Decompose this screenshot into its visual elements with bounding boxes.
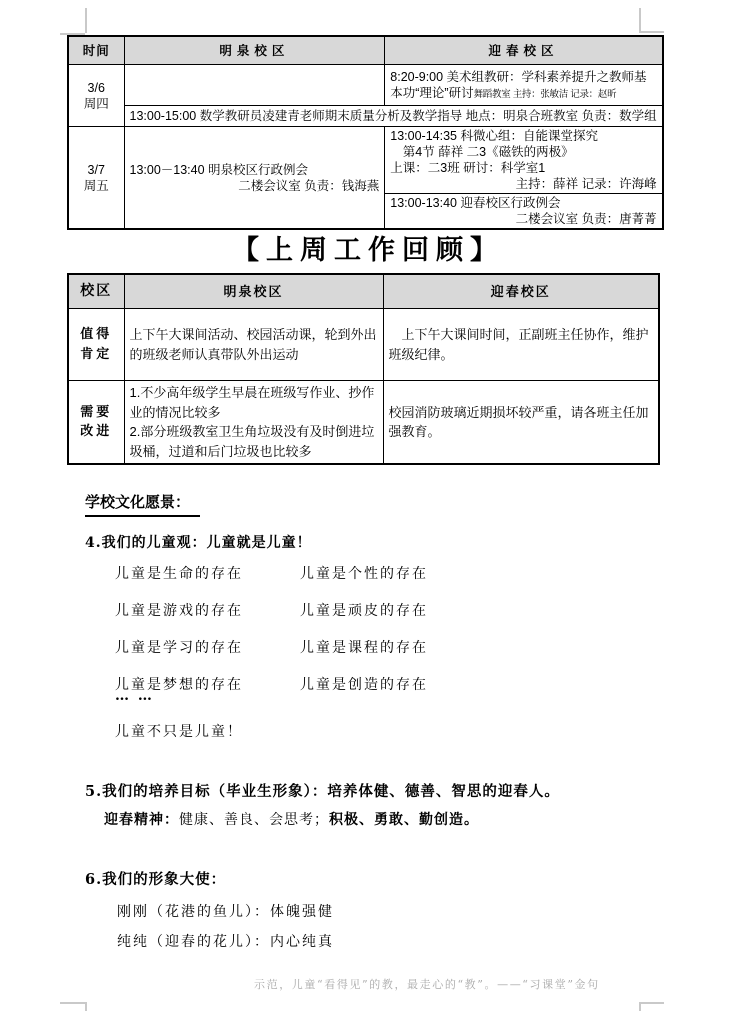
schedule-row-thursday: 3/6 周四 8:20-9:00 美术组教研：学科素养提升之教师基本功“理论”研…	[68, 65, 663, 106]
review-table: 校区 明泉校区 迎春校区 值得 肯定 上下午大课间活动、校园活动课，轮到外出的班…	[67, 273, 660, 465]
date-text: 3/6	[74, 80, 119, 96]
yingchun-meeting-text: 13:00-13:40 迎春校区行政例会	[390, 195, 656, 211]
schedule-col-mingquan: 明泉校区	[124, 36, 385, 65]
schedule-col-time: 时间	[68, 36, 124, 65]
vision-heading: 学校文化愿景：	[85, 491, 200, 517]
positive-yingchun-cell: 上下午大课间时间，正副班主任协作，维护班级纪律。	[383, 309, 659, 381]
science-group-line4: 主持：薛祥 记录：许海峰	[390, 176, 656, 192]
review-row-positive: 值得 肯定 上下午大课间活动、校园活动课，轮到外出的班级老师认真带队外出运动 上…	[68, 309, 659, 381]
review-col-mingquan: 明泉校区	[124, 274, 383, 309]
schedule-col-yingchun: 迎春校区	[385, 36, 663, 65]
improve-mingquan-cell: 1.不少高年级学生早晨在班级写作业、抄作业的情况比较多 2.部分班级教室卫生角垃…	[124, 381, 383, 465]
improve-item-2: 2.部分班级教室卫生角垃圾没有及时倒进垃圾桶，过道和后门垃圾也比较多	[130, 422, 378, 461]
label-text: 肯定	[74, 345, 119, 365]
positive-mingquan-cell: 上下午大课间活动、校园活动课，轮到外出的班级老师认真带队外出运动	[124, 309, 383, 381]
schedule-header-row: 时间 明泉校区 迎春校区	[68, 36, 663, 65]
ellipsis-line: … …	[115, 688, 154, 704]
item5-title: 5.我们的培养目标（毕业生形象）：培养体健、德善、智思的迎春人。	[85, 780, 560, 801]
improve-label-cell: 需要 改进	[68, 381, 124, 465]
list-item: 儿童是游戏的存在	[115, 600, 300, 620]
list-item: 儿童是生命的存在	[115, 563, 300, 583]
ambassador-line-2: 纯纯（迎春的花儿）：内心纯真	[117, 931, 334, 951]
document-page: 时间 明泉校区 迎春校区 3/6 周四 8:20-9:00 美术组教研：学科素养…	[0, 0, 736, 1011]
weekday-text: 周四	[74, 96, 119, 112]
review-row-improve: 需要 改进 1.不少高年级学生早晨在班级写作业、抄作业的情况比较多 2.部分班级…	[68, 381, 659, 465]
yingchun-meeting-location-text: 二楼会议室 负责：唐菁菁	[390, 211, 656, 227]
thursday-date-cell: 3/6 周四	[68, 65, 124, 127]
mingquan-meeting-location-text: 二楼会议室 负责：钱海燕	[130, 178, 380, 194]
spirit-normal-text: 健康、善良、会思考；	[179, 812, 329, 828]
thursday-yingchun-cell: 8:20-9:00 美术组教研：学科素养提升之教师基本功“理论”研讨舞蹈教室 主…	[385, 65, 663, 106]
spirit-label: 迎春精神：	[104, 812, 179, 828]
spirit-line: 迎春精神：健康、善良、会思考；积极、勇敢、勤创造。	[104, 809, 479, 829]
list-item: 儿童是创造的存在	[300, 674, 428, 694]
friday-yingchun-bottom-cell: 13:00-13:40 迎春校区行政例会 二楼会议室 负责：唐菁菁	[385, 194, 663, 230]
science-group-line2: 第4节 薛祥 二3《磁铁的两极》	[390, 144, 656, 160]
list-item: 儿童是顽皮的存在	[300, 600, 428, 620]
mingquan-meeting-text: 13:00－13:40 明泉校区行政例会	[130, 162, 380, 178]
item6-title: 6.我们的形象大使：	[85, 868, 226, 889]
schedule-row-thursday-merged: 13:00-15:00 数学教研员凌建青老师期末质量分析及教学指导 地点：明泉合…	[68, 106, 663, 127]
review-section-title: 【上周工作回顾】	[0, 228, 736, 267]
schedule-table: 时间 明泉校区 迎春校区 3/6 周四 8:20-9:00 美术组教研：学科素养…	[67, 35, 664, 230]
children-closing-line: 儿童不只是儿童！	[115, 721, 243, 741]
thursday-merged-event-cell: 13:00-15:00 数学教研员凌建青老师期末质量分析及教学指导 地点：明泉合…	[124, 106, 663, 127]
thursday-mingquan-cell	[124, 65, 385, 106]
list-item: 儿童是学习的存在	[115, 637, 300, 657]
improve-yingchun-cell: 校园消防玻璃近期损坏较严重，请各班主任加强教育。	[383, 381, 659, 465]
friday-date-cell: 3/7 周五	[68, 127, 124, 230]
footer-quote: 示范，儿童“看得见”的教，最走心的“教”。——“习课堂”金句	[254, 976, 600, 992]
positive-label-cell: 值得 肯定	[68, 309, 124, 381]
friday-mingquan-cell: 13:00－13:40 明泉校区行政例会 二楼会议室 负责：钱海燕	[124, 127, 385, 230]
ambassador-line-1: 刚刚（花港的鱼儿）：体魄强健	[117, 901, 334, 921]
spirit-bold-text: 积极、勇敢、勤创造。	[329, 812, 479, 828]
yingchun-event-detail-text: 舞蹈教室 主持：张敏洁 记录：赵昕	[474, 89, 617, 100]
weekday-text: 周五	[74, 178, 119, 194]
review-col-yingchun: 迎春校区	[383, 274, 659, 309]
friday-yingchun-top-cell: 13:00-14:35 科微心组：自能课堂探究 第4节 薛祥 二3《磁铁的两极》…	[385, 127, 663, 194]
label-text: 需要	[74, 403, 119, 423]
science-group-line3: 上课：二3班 研讨：科学室1	[390, 160, 656, 176]
improve-item-1: 1.不少高年级学生早晨在班级写作业、抄作业的情况比较多	[130, 383, 378, 422]
label-text: 改进	[74, 422, 119, 442]
schedule-row-friday: 3/7 周五 13:00－13:40 明泉校区行政例会 二楼会议室 负责：钱海燕…	[68, 127, 663, 194]
science-group-line1: 13:00-14:35 科微心组：自能课堂探究	[390, 128, 656, 144]
list-item: 儿童是个性的存在	[300, 563, 428, 583]
list-item: 儿童是课程的存在	[300, 637, 428, 657]
label-text: 值得	[74, 325, 119, 345]
children-list: 儿童是生命的存在 儿童是个性的存在 儿童是游戏的存在 儿童是顽皮的存在 儿童是学…	[115, 563, 428, 694]
item4-title: 4.我们的儿童观：儿童就是儿童！	[85, 532, 312, 552]
review-header-row: 校区 明泉校区 迎春校区	[68, 274, 659, 309]
review-col-label: 校区	[68, 274, 124, 309]
date-text: 3/7	[74, 162, 119, 178]
